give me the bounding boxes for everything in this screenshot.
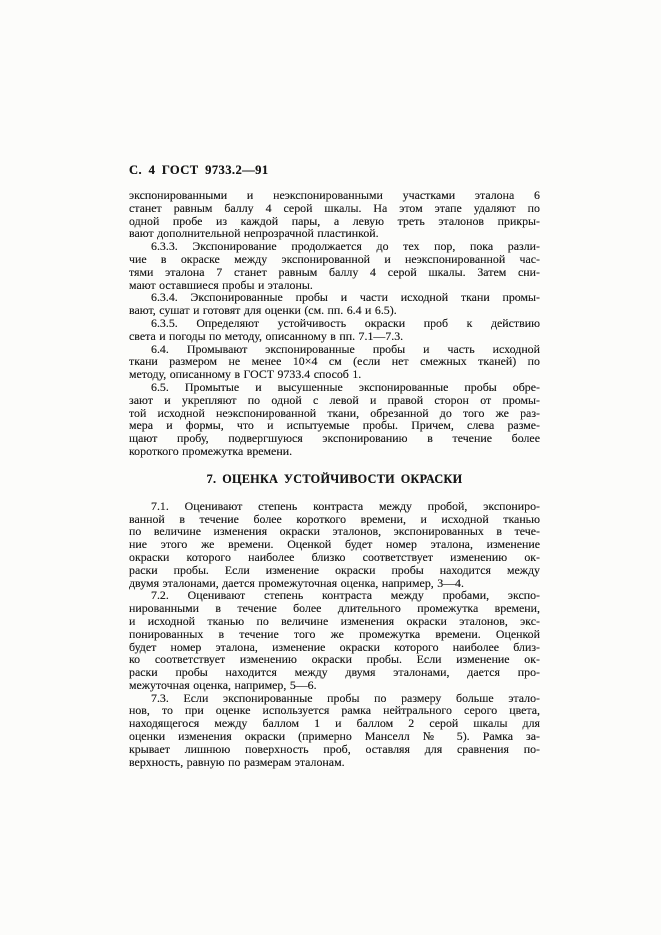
text-line: нированными в течение более длительного … bbox=[129, 602, 540, 615]
text-block: экспонированными и неэкспонированными уч… bbox=[129, 189, 540, 768]
paragraph: 7.2. Оценивают степень контраста между п… bbox=[129, 589, 540, 691]
paragraph: 7.3. Если экспонированные пробы по разме… bbox=[129, 692, 540, 769]
text-line: и исходной тканью по величине изменения … bbox=[129, 615, 540, 628]
text-line: раски пробы. Если изменение окраски проб… bbox=[129, 564, 540, 577]
paragraph: 6.3.3. Экспонирование продолжается до те… bbox=[129, 240, 540, 291]
paragraph: 6.3.4. Экспонированные пробы и части исх… bbox=[129, 291, 540, 317]
text-line: межуточная оценка, например, 5—6. bbox=[129, 679, 540, 692]
paragraph: 7.1. Оценивают степень контраста между п… bbox=[129, 500, 540, 590]
text-line: 6.3.5. Определяют устойчивость окраски п… bbox=[129, 317, 540, 330]
section-heading: 7. ОЦЕНКА УСТОЙЧИВОСТИ ОКРАСКИ bbox=[129, 473, 540, 486]
document-page: С. 4 ГОСТ 9733.2—91 экспонированными и н… bbox=[0, 0, 661, 935]
paragraph: 6.4. Промывают экспонированные пробы и ч… bbox=[129, 343, 540, 381]
running-header: С. 4 ГОСТ 9733.2—91 bbox=[129, 163, 269, 178]
text-line: ние этого же времени. Оценкой будет номе… bbox=[129, 538, 540, 551]
text-line: тями эталона 7 станет равным баллу 4 сер… bbox=[129, 266, 540, 279]
text-line: экспонированными и неэкспонированными уч… bbox=[129, 189, 540, 202]
paragraph: 6.3.5. Определяют устойчивость окраски п… bbox=[129, 317, 540, 343]
text-line: крывает лишнюю поверхность проб, оставля… bbox=[129, 743, 540, 756]
text-line: раски пробы находится между двумя эталон… bbox=[129, 666, 540, 679]
text-line: зают и укрепляют по одной с левой и прав… bbox=[129, 394, 540, 407]
text-line: света и погоды по методу, описанному в п… bbox=[129, 330, 540, 343]
text-line: станет равным баллу 4 серой шкалы. На эт… bbox=[129, 202, 540, 215]
text-line: окраски которого наиболее близко соответ… bbox=[129, 551, 540, 564]
paragraph: 6.5. Промытые и высушенные экспонированн… bbox=[129, 381, 540, 458]
text-line: оценки изменения окраски (примерно Мансе… bbox=[129, 730, 540, 743]
text-line: 6.5. Промытые и высушенные экспонированн… bbox=[129, 381, 540, 394]
text-line: верхность, равную по размерам эталонам. bbox=[129, 756, 540, 769]
text-line: короткого промежутка времени. bbox=[129, 445, 540, 458]
text-line: чие в окраске между экспонированной и не… bbox=[129, 253, 540, 266]
paragraph: экспонированными и неэкспонированными уч… bbox=[129, 189, 540, 240]
text-line: 7.1. Оценивают степень контраста между п… bbox=[129, 500, 540, 513]
text-line: понированных в течение того же промежутк… bbox=[129, 628, 540, 641]
